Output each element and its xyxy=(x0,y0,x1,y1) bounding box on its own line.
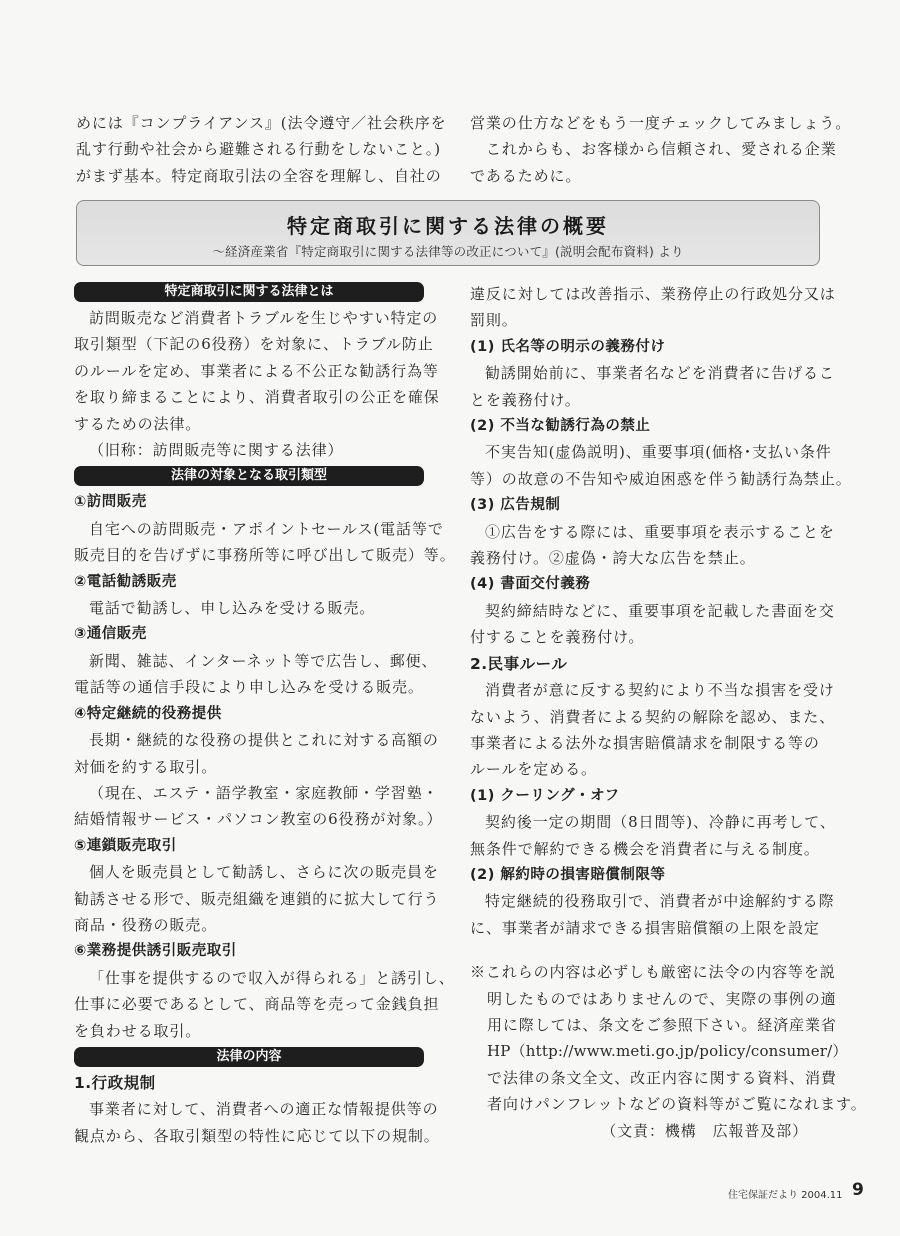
body-line: 契約後一定の期間（8日間等)、冷静に再考して、 xyxy=(470,809,822,835)
body-line: ないよう、消費者による契約の解除を認め、また、 xyxy=(470,704,822,730)
note-url-line: HP（http://www.meti.go.jp/policy/consumer… xyxy=(470,1038,822,1064)
body-line: 新聞、雑誌、インターネット等で広告し、郵便、 xyxy=(74,648,426,674)
item-heading: (1) クーリング・オフ xyxy=(470,783,822,809)
section-bar-transaction-types: 法律の対象となる取引類型 xyxy=(74,466,424,486)
intro-left: めには『コンプライアンス』(法令遵守／社会秩序を 乱す行動や社会から避難される行… xyxy=(76,110,428,189)
body-line: 事業者による法外な損害賠償請求を制限する等の xyxy=(470,730,822,756)
body-line: ①広告をする際には、重要事項を表示することを xyxy=(470,519,822,545)
title-box: 特定商取引に関する法律の概要 ～経済産業省『特定商取引に関する法律等の改正につい… xyxy=(76,200,820,266)
intro-line: 乱す行動や社会から避難される行動をしないこと。) xyxy=(76,136,428,162)
body-line: するための法律。 xyxy=(74,411,426,437)
body-line: 違反に対しては改善指示、業務停止の行政処分又は xyxy=(470,281,822,307)
body-line: 取引類型（下記の6役務）を対象に、トラブル防止 xyxy=(74,331,426,357)
body-line: 個人を販売員として勧誘し、さらに次の販売員を xyxy=(74,859,426,885)
body-line: 罰則。 xyxy=(470,307,822,333)
right-column: 違反に対しては改善指示、業務停止の行政処分又は 罰則。 (1) 氏名等の明示の義… xyxy=(470,281,822,1144)
item-heading: (1) 氏名等の明示の義務付け xyxy=(470,334,822,360)
body-line: 勧誘開始前に、事業者名などを消費者に告げるこ xyxy=(470,360,822,386)
intro-line: めには『コンプライアンス』(法令遵守／社会秩序を xyxy=(76,110,428,136)
intro-line: これからも、お客様から信頼され、愛される企業 xyxy=(470,136,822,162)
body-line: 電話で勧誘し、申し込みを受ける販売。 xyxy=(74,595,426,621)
body-line: 販売目的を告げずに事務所等に呼び出して販売）等。 xyxy=(74,542,426,568)
left-column: 特定商取引に関する法律とは 訪問販売など消費者トラブルを生じやすい特定の 取引類… xyxy=(74,279,426,1149)
item-heading: ⑥業務提供誘引販売取引 xyxy=(74,938,426,964)
body-line: 結婚情報サービス・パソコン教室の6役務が対象。） xyxy=(74,806,426,832)
body-line: 勧誘させる形で、販売組織を連鎖的に拡大して行う xyxy=(74,886,426,912)
body-line: 契約締結時などに、重要事項を記載した書面を交 xyxy=(470,598,822,624)
body-line: ルールを定める。 xyxy=(470,756,822,782)
item-heading: (4) 書面交付義務 xyxy=(470,571,822,597)
item-heading: (2) 解約時の損害賠償制限等 xyxy=(470,862,822,888)
page-title: 特定商取引に関する法律の概要 xyxy=(77,210,819,239)
intro-line: がまず基本。特定商取引法の全容を理解し、自社の xyxy=(76,163,428,189)
note-line: 者向けパンフレットなどの資料等がご覧になれます。 xyxy=(470,1091,822,1117)
body-line: 電話等の通信手段により申し込みを受ける販売。 xyxy=(74,674,426,700)
body-line: に、事業者が請求できる損害賠償額の上限を設定 xyxy=(470,915,822,941)
section-heading: 2.民事ルール xyxy=(470,651,822,677)
section-heading: 1.行政規制 xyxy=(74,1070,426,1096)
item-heading: ⑤連鎖販売取引 xyxy=(74,833,426,859)
body-line: 付することを義務付け。 xyxy=(470,624,822,650)
body-line: 特定継続的役務取引で、消費者が中途解約する際 xyxy=(470,888,822,914)
body-line: 消費者が意に反する契約により不当な損害を受け xyxy=(470,677,822,703)
body-line: を取り締まることにより、消費者取引の公正を確保 xyxy=(74,384,426,410)
body-line: のルールを定め、事業者による不公正な勧誘行為等 xyxy=(74,358,426,384)
body-line: とを義務付け。 xyxy=(470,387,822,413)
body-line: 訪問販売など消費者トラブルを生じやすい特定の xyxy=(74,305,426,331)
credit: （文責：機構 広報普及部） xyxy=(470,1118,822,1144)
note-line: 明したものではありませんので、実際の事例の適 xyxy=(470,986,822,1012)
intro-line: であるために。 xyxy=(470,163,822,189)
body-line: 長期・継続的な役務の提供とこれに対する高額の xyxy=(74,727,426,753)
intro-line: 営業の仕方などをもう一度チェックしてみましょう。 xyxy=(470,110,822,136)
item-heading: (2) 不当な勧誘行為の禁止 xyxy=(470,413,822,439)
body-line: 「仕事を提供するので収入が得られる」と誘引し、 xyxy=(74,965,426,991)
body-line: 自宅への訪問販売・アポイントセールス(電話等で xyxy=(74,516,426,542)
body-line: 事業者に対して、消費者への適正な情報提供等の xyxy=(74,1096,426,1122)
intro-right: 営業の仕方などをもう一度チェックしてみましょう。 これからも、お客様から信頼され… xyxy=(470,110,822,189)
body-line: 無条件で解約できる機会を消費者に与える制度。 xyxy=(470,836,822,862)
section-bar-law-content: 法律の内容 xyxy=(74,1047,424,1067)
note-line: ※これらの内容は必ずしも厳密に法令の内容等を説 xyxy=(470,959,822,985)
body-line: （現在、エステ・語学教室・家庭教師・学習塾・ xyxy=(74,780,426,806)
body-line: 等）の故意の不告知や威迫困惑を伴う勧誘行為禁止。 xyxy=(470,466,822,492)
section-bar-what-is-law: 特定商取引に関する法律とは xyxy=(74,282,424,302)
body-line: を負わせる取引。 xyxy=(74,1018,426,1044)
item-heading: ④特定継続的役務提供 xyxy=(74,701,426,727)
item-heading: (3) 広告規制 xyxy=(470,492,822,518)
body-line: 義務付け。②虚偽・誇大な広告を禁止。 xyxy=(470,545,822,571)
page-subtitle: ～経済産業省『特定商取引に関する法律等の改正について』(説明会配布資料) より xyxy=(77,242,819,260)
publication-footer: 住宅保証だより 2004.11 xyxy=(728,1186,843,1201)
body-line: 仕事に必要であるとして、商品等を売って金銭負担 xyxy=(74,991,426,1017)
body-line: 対価を約する取引。 xyxy=(74,754,426,780)
note-line: で法律の条文全文、改正内容に関する資料、消費 xyxy=(470,1065,822,1091)
body-line: 商品・役務の販売。 xyxy=(74,912,426,938)
disclaimer-note: ※これらの内容は必ずしも厳密に法令の内容等を説 明したものではありませんので、実… xyxy=(470,959,822,1144)
item-heading: ③通信販売 xyxy=(74,621,426,647)
note-line: 用に際しては、条文をご参照下さい。経済産業省 xyxy=(470,1012,822,1038)
body-line: 不実告知(虚偽説明)、重要事項(価格･支払い条件 xyxy=(470,439,822,465)
former-name: （旧称：訪問販売等に関する法律） xyxy=(74,437,426,463)
item-heading: ①訪問販売 xyxy=(74,489,426,515)
body-line: 観点から、各取引類型の特性に応じて以下の規制。 xyxy=(74,1123,426,1149)
page-number: 9 xyxy=(852,1180,864,1200)
item-heading: ②電話勧誘販売 xyxy=(74,569,426,595)
